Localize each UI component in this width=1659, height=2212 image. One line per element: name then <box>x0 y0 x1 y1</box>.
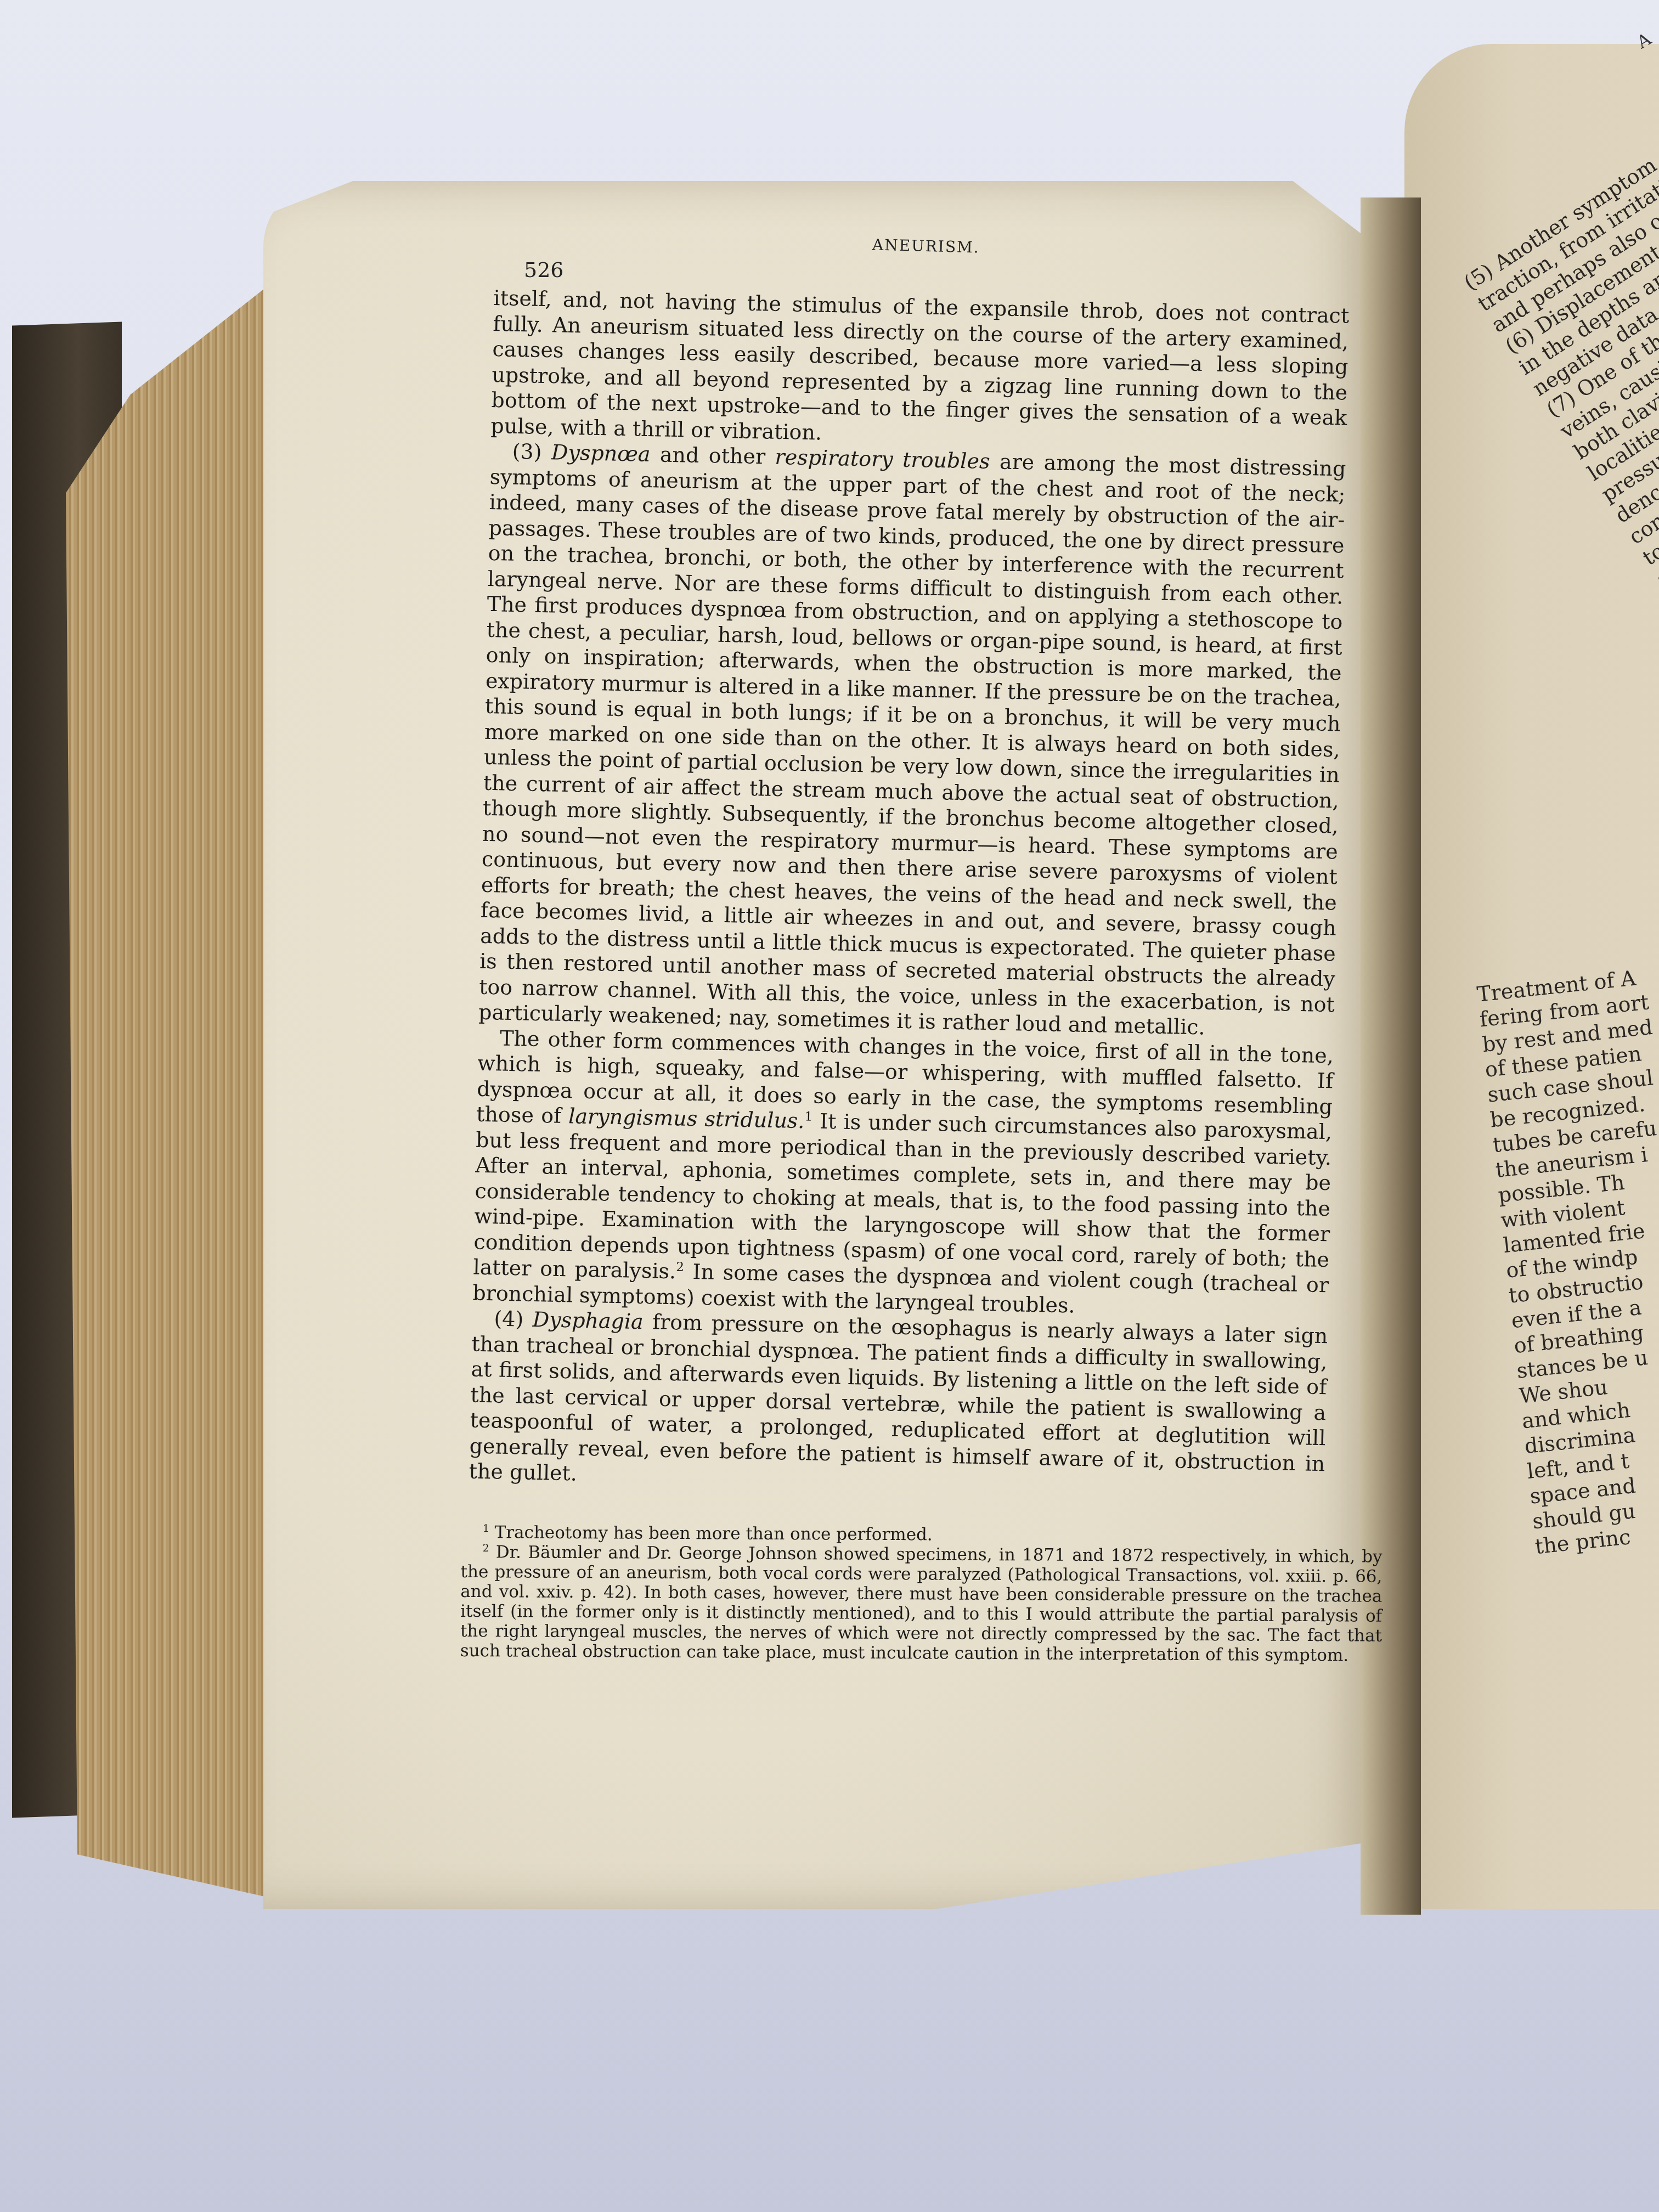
page-number: 526 <box>524 258 564 282</box>
footnotes: 1 Tracheotomy has been more than once pe… <box>460 1522 1383 1666</box>
page-block-edge <box>66 263 296 1904</box>
running-head: ANEURISM. <box>872 235 980 256</box>
paragraph-continuation: itself, and, not having the stimulus of … <box>490 285 1350 456</box>
left-page-body: itself, and, not having the stimulus of … <box>469 285 1349 1502</box>
term-laryngismus: laryngismus stridulus. <box>568 1104 805 1133</box>
footnote-ref-2[interactable]: 2 <box>676 1260 684 1274</box>
term-dyspnoea: Dyspnœa <box>551 440 651 466</box>
term-respiratory-troubles: respiratory troubles <box>775 445 990 473</box>
term-dysphagia: Dysphagia <box>532 1307 644 1334</box>
paragraph-dysphagia: (4) Dysphagia from pressure on the œsoph… <box>469 1306 1328 1502</box>
paragraph-dyspnoea: (3) Dyspnœa and other respiratory troubl… <box>478 438 1346 1043</box>
footnote-2: 2 Dr. Bäumler and Dr. George Johnson sho… <box>460 1542 1383 1666</box>
footnote-ref-1[interactable]: 1 <box>804 1110 812 1124</box>
paragraph-other-form: The other form commences with changes in… <box>472 1025 1334 1323</box>
